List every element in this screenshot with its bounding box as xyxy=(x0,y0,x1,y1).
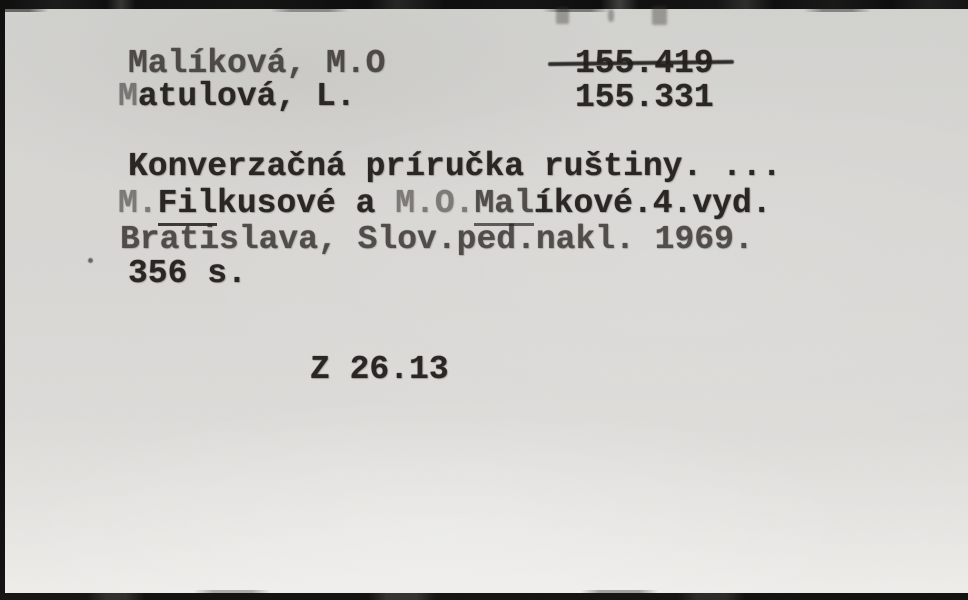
statement-seg-initial: M. xyxy=(118,185,158,222)
accession-number: Z 26.13 xyxy=(310,353,449,386)
cropped-stamp-mark xyxy=(556,7,569,24)
scan-edge-top xyxy=(0,0,968,9)
stray-ink-dot xyxy=(88,258,93,263)
imprint-line: Bratislava, Slov.ped.nakl. 1969. xyxy=(120,223,754,256)
statement-seg-malikova-underlined: Mal xyxy=(474,185,533,226)
statement-seg-filkusova-underlined: Fil xyxy=(158,185,217,226)
catalog-card-paper: Malíková, M.O Matulová, L. 155.419 155.3… xyxy=(4,8,968,593)
statement-seg-mid: kusové a xyxy=(217,185,395,222)
author-2-rest: atulová, L. xyxy=(138,78,356,115)
scan-edge-bottom xyxy=(0,593,968,600)
cropped-stamp-mark xyxy=(608,9,614,22)
author-line-2: Matulová, L. xyxy=(118,80,356,113)
statement-seg-edition: íkové.4.vyd. xyxy=(534,185,772,222)
title-line: Konverzačná príručka ruštiny. ... xyxy=(128,150,782,183)
statement-seg-initials-2: M.O. xyxy=(395,185,474,222)
statement-of-responsibility: M.Filkusové a M.O.Malíkové.4.vyd. xyxy=(118,187,772,220)
pagination-line: 356 s. xyxy=(128,257,247,290)
author-line-1: Malíková, M.O xyxy=(128,47,385,80)
author-2-initial: M xyxy=(118,78,138,115)
new-call-number: 155.331 xyxy=(575,81,714,114)
cropped-stamp-mark xyxy=(652,6,667,25)
scan-edge-left xyxy=(0,0,5,600)
